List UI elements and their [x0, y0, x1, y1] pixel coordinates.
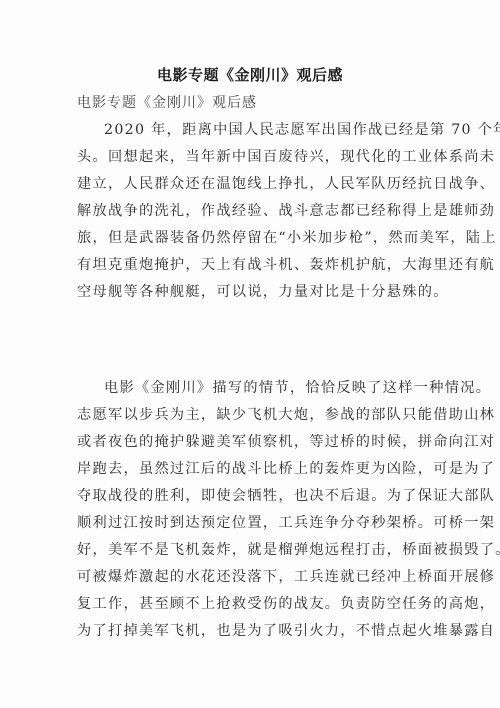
text-line: 顺利过江按时到达预定位置，工兵连争分夺秒架桥。可桥一架 — [77, 512, 495, 532]
document-title: 电影专题《金刚川》观后感 — [0, 64, 500, 85]
text-line: 建立，人民群众还在温饱线上挣扎，人民军队历经抗日战争、 — [77, 173, 495, 193]
text-line: 旅，但是武器装备仍然停留在“小米加步枪”，然而美军，陆上 — [77, 227, 497, 247]
text-line: 电影《金刚川》描写的情节，恰恰反映了这样一种情况。 — [104, 377, 491, 397]
text-line: 解放战争的洗礼，作战经验、战斗意志都已经称得上是雄师劲 — [77, 200, 495, 220]
document-page: 电影专题《金刚川》观后感 电影专题《金刚川》观后感 2020 年，距离中国人民志… — [0, 0, 500, 708]
text-line: 有坦克重炮掩护，天上有战斗机、轰炸机护航，大海里还有航 — [77, 254, 495, 274]
text-line: 2020 年，距离中国人民志愿军出国作战已经是第 70 个年 — [104, 119, 500, 139]
text-line: 志愿军以步兵为主，缺少飞机大炮，参战的部队只能借助山林 — [77, 404, 495, 424]
text-line: 夺取战役的胜利，即使会牺牲，也决不后退。为了保证大部队 — [77, 485, 495, 505]
text-line: 好，美军不是飞机轰炸，就是榴弹炮远程打击，桥面被损毁了。 — [77, 539, 500, 559]
text-line: 或者夜色的掩护躲避美军侦察机，等过桥的时候，拼命向江对 — [77, 431, 495, 451]
text-line: 可被爆炸激起的水花还没落下，工兵连就已经冲上桥面开展修 — [77, 566, 495, 586]
text-line: 为了打掉美军飞机，也是为了吸引火力，不惜点起火堆暴露自 — [77, 620, 495, 640]
text-line: 复工作，甚至顾不上抢救受伤的战友。负责防空任务的高炮， — [77, 593, 495, 613]
document-subtitle: 电影专题《金刚川》观后感 — [77, 92, 257, 112]
text-line: 空母舰等各种舰艇，可以说，力量对比是十分悬殊的。 — [77, 281, 449, 301]
text-line: 头。回想起来，当年新中国百废待兴，现代化的工业体系尚未 — [77, 146, 495, 166]
text-line: 岸跑去，虽然过江后的战斗比桥上的轰炸更为凶险，可是为了 — [77, 458, 495, 478]
